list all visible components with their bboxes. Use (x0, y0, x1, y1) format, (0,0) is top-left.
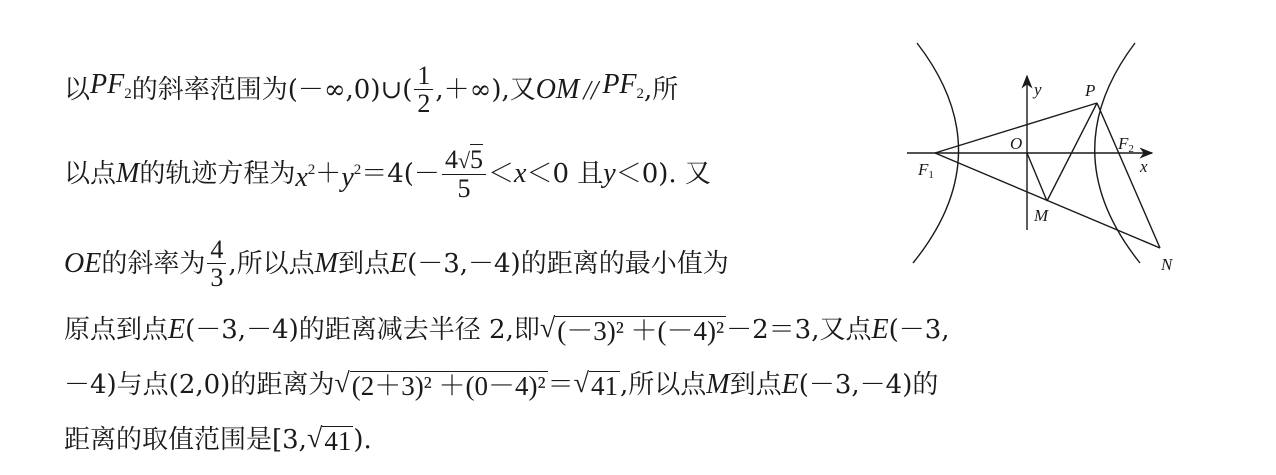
text: 的轨迹方程为 (139, 159, 295, 189)
label-F1: F1 (917, 160, 934, 181)
sqrt-expression: √(－3)² ＋(－4)² (540, 314, 726, 345)
text-line-5: －4)与点(2,0)的距离为 √(2＋3)² ＋(0－4)² ＝ √41 ,所以… (64, 369, 938, 400)
text: 到点 (730, 370, 782, 400)
text: (－3, (889, 315, 950, 345)
label-P: P (1084, 81, 1095, 100)
math-PF2: PF2 (602, 70, 644, 109)
fraction-4root5-over-5: 4√5 5 (442, 146, 486, 202)
text: ＜ (488, 159, 514, 189)
text: (－3,－4)的距离的最小值为 (407, 249, 729, 279)
text: 以 (64, 75, 90, 105)
math-OM: OM (536, 75, 580, 105)
text-line-1: 以 PF2 的斜率范围为(－∞,0)∪( 1 2 ,＋∞),又 OM // PF… (64, 62, 678, 117)
label-y: y (1032, 80, 1042, 99)
segment-F1N (935, 153, 1160, 248)
text: 的斜率范围为(－∞,0)∪( (132, 75, 413, 105)
math-E: E (782, 370, 799, 400)
label-x: x (1139, 157, 1148, 176)
fraction-one-half: 1 2 (414, 62, 433, 117)
segment-MP (1047, 103, 1097, 201)
text: 的斜率为 (101, 249, 205, 279)
label-M: M (1033, 206, 1049, 225)
sqrt-41: √41 (574, 369, 620, 400)
math-y: y (603, 159, 615, 189)
hyperbola-left-branch (913, 43, 959, 263)
text-line-6: 距离的取值范围是[3, √41 ). (64, 424, 372, 455)
math-M: M (116, 159, 139, 189)
text: 距离的取值范围是[3, (64, 425, 307, 455)
text: ,＋∞),又 (435, 75, 535, 105)
parallel-symbol: // (583, 75, 598, 105)
label-O: O (1010, 134, 1022, 153)
text: 以点 (64, 159, 116, 189)
text: ＜0). 又 (616, 159, 711, 189)
math-PF2: PF2 (90, 70, 132, 109)
segment-F1P (935, 103, 1097, 153)
fraction-four-thirds: 4 3 (207, 236, 226, 291)
math-y: y2 (341, 155, 361, 193)
text: ＝ (548, 370, 574, 400)
sqrt-41: √41 (307, 424, 353, 455)
math-E: E (168, 315, 185, 345)
label-N: N (1160, 255, 1174, 274)
math-E: E (871, 315, 888, 345)
math-E: E (390, 249, 407, 279)
text-line-4: 原点到点 E (－3,－4)的距离减去半径 2,即 √(－3)² ＋(－4)² … (64, 314, 950, 345)
text: ＋ (315, 159, 341, 189)
text-line-2: 以点 M 的轨迹方程为 x2 ＋ y2 ＝4(－ 4√5 5 ＜ x ＜0 且 … (64, 146, 711, 202)
math-M: M (706, 370, 729, 400)
text: 原点到点 (64, 315, 168, 345)
math-x: x (514, 159, 526, 189)
text: ). (353, 425, 371, 455)
text: (－3,－4)的距离减去半径 2,即 (185, 315, 540, 345)
segment-PN (1097, 103, 1160, 248)
math-M: M (315, 249, 338, 279)
text: ＝4(－ (361, 159, 440, 189)
text: －2＝3,又点 (726, 315, 871, 345)
hyperbola-right-branch (1095, 43, 1140, 263)
math-x: x2 (295, 155, 315, 193)
label-F2: F2 (1117, 134, 1134, 155)
text: 到点 (338, 249, 390, 279)
text: ＜0 且 (526, 159, 603, 189)
text: ,所以点 (228, 249, 314, 279)
text: －4)与点(2,0)的距离为 (64, 370, 334, 400)
text-line-3: OE 的斜率为 4 3 ,所以点 M 到点 E (－3,－4)的距离的最小值为 (64, 236, 729, 291)
segment-OM (1027, 153, 1047, 201)
text: ,所以点 (620, 370, 706, 400)
text: (－3,－4)的 (799, 370, 939, 400)
sqrt-expression: √(2＋3)² ＋(0－4)² (334, 369, 547, 400)
math-OE: OE (64, 249, 101, 279)
text: ,所 (644, 75, 678, 105)
